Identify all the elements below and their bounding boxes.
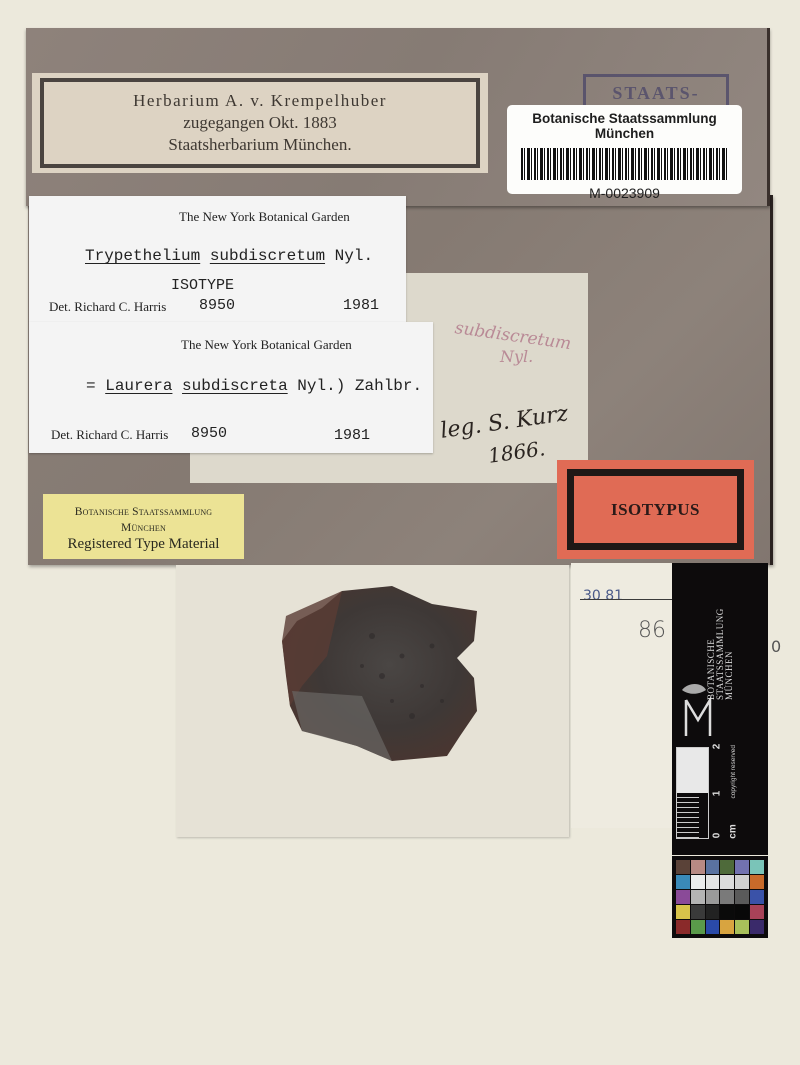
ruler-ticks — [677, 793, 699, 838]
type-label-line3: Registered Type Material — [43, 536, 244, 552]
color-patch — [691, 875, 705, 889]
krempelhuber-line1: Herbarium A. v. Krempelhuber — [133, 90, 387, 112]
ruler-tick-1: 1 — [711, 791, 722, 797]
color-patch — [750, 905, 764, 919]
krempelhuber-frame: Herbarium A. v. Krempelhuber zugegangen … — [40, 78, 480, 168]
color-patch — [735, 860, 749, 874]
det-year: 1981 — [343, 297, 379, 314]
nybg-label-isotype: The New York Botanical Garden Trypetheli… — [29, 196, 406, 322]
color-patch — [676, 890, 690, 904]
color-patch — [720, 860, 734, 874]
barcode-icon — [521, 148, 729, 180]
det-year: 1981 — [334, 427, 370, 444]
color-patch — [750, 890, 764, 904]
det-number: 8950 — [199, 297, 235, 314]
determiner: Det. Richard C. Harris — [49, 299, 166, 315]
accession-number: 86 — [638, 618, 666, 643]
color-patch — [706, 860, 720, 874]
color-patch — [691, 920, 705, 934]
color-patch — [720, 875, 734, 889]
isotypus-text: ISOTYPUS — [572, 474, 739, 545]
taxon-author: Nyl.) Zahlbr. — [297, 377, 422, 395]
taxon-name: = Laurera subdiscreta Nyl.) Zahlbr. — [86, 377, 422, 395]
bsm-leaf-logo-icon — [676, 680, 718, 740]
handwritten-author: Nyl. — [500, 347, 533, 366]
partial-digit: 0 — [771, 637, 781, 656]
nybg-institution: The New York Botanical Garden — [181, 337, 352, 353]
nybg-institution: The New York Botanical Garden — [179, 209, 350, 225]
color-patch — [706, 920, 720, 934]
color-patch — [706, 890, 720, 904]
color-patch — [750, 875, 764, 889]
ruler-tick-2: 2 — [711, 744, 722, 750]
taxon-genus: Trypethelium — [85, 247, 200, 265]
color-patch — [676, 905, 690, 919]
color-patch — [735, 890, 749, 904]
color-patch — [676, 860, 690, 874]
bark-specimen — [282, 586, 482, 761]
copyright-text: copyright reserved — [730, 745, 737, 798]
type-status: ISOTYPE — [171, 277, 234, 294]
color-patch — [720, 905, 734, 919]
barcode-label: Botanische Staatssammlung München M-0023… — [507, 105, 742, 194]
isotypus-label: ISOTYPUS — [557, 460, 754, 559]
det-number: 8950 — [191, 425, 227, 442]
krempelhuber-label: Herbarium A. v. Krempelhuber zugegangen … — [32, 73, 488, 173]
color-patch — [735, 905, 749, 919]
taxon-author: Nyl. — [335, 247, 373, 265]
color-patch — [676, 875, 690, 889]
krempelhuber-line3: Staatsherbarium München. — [168, 134, 351, 156]
nybg-label-synonym: The New York Botanical Garden = Laurera … — [29, 322, 433, 453]
taxon-name: Trypethelium subdiscretum Nyl. — [85, 247, 373, 265]
color-patch — [691, 890, 705, 904]
taxon-species: subdiscretum — [210, 247, 325, 265]
color-patch — [720, 890, 734, 904]
color-patch — [691, 905, 705, 919]
ruler-unit: cm — [728, 824, 739, 838]
struck-number: 30 81 — [583, 588, 623, 604]
taxon-genus: Laurera — [105, 377, 172, 395]
barcode-id: M-0023909 — [507, 185, 742, 201]
determiner: Det. Richard C. Harris — [51, 427, 168, 443]
barcode-title: Botanische Staatssammlung München — [507, 111, 742, 141]
color-patch — [720, 920, 734, 934]
isotypus-frame: ISOTYPUS — [567, 469, 744, 550]
registered-type-label: Botanische Staatssammlung München Regist… — [43, 494, 244, 559]
strike-line — [580, 599, 672, 600]
ruler-tick-0: 0 — [711, 833, 722, 839]
color-patch — [735, 875, 749, 889]
color-patch — [691, 860, 705, 874]
color-patch — [706, 875, 720, 889]
taxon-species: subdiscreta — [182, 377, 288, 395]
color-patch — [735, 920, 749, 934]
color-patch — [750, 860, 764, 874]
krempelhuber-line2: zugegangen Okt. 1883 — [183, 112, 336, 134]
color-patch — [750, 920, 764, 934]
synonym-prefix: = — [86, 377, 96, 395]
color-patch — [676, 920, 690, 934]
type-label-line1: Botanische Staatssammlung — [43, 504, 244, 520]
type-label-line2: München — [43, 520, 244, 536]
color-patch — [706, 905, 720, 919]
color-calibration-chart — [672, 856, 768, 938]
